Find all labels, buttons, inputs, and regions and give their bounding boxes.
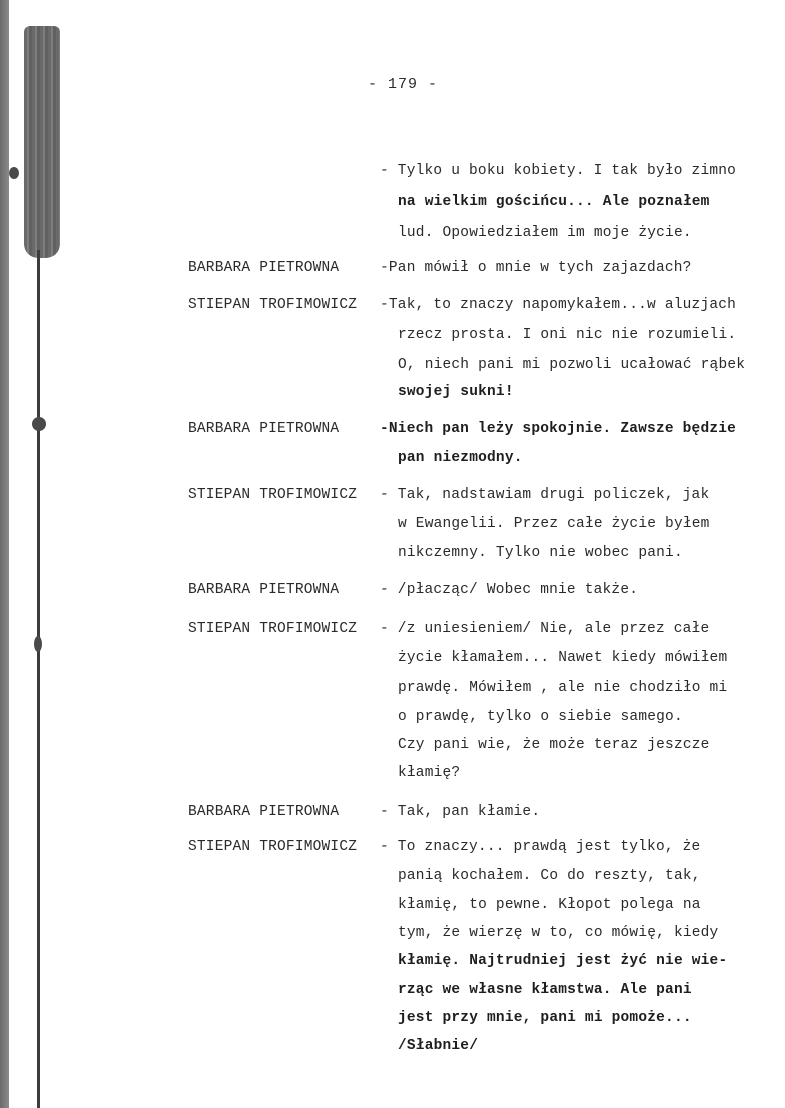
binding-smear [24, 26, 60, 258]
dialogue-continuation: kłamię? [398, 765, 460, 781]
binding-hole [34, 636, 42, 652]
dialogue-line: - Tak, nadstawiam drugi policzek, jak [380, 487, 709, 503]
speaker-name: STIEPAN TROFIMOWICZ [188, 839, 357, 855]
dialogue-line: - Tak, pan kłamie. [380, 804, 540, 820]
speaker-name: STIEPAN TROFIMOWICZ [188, 297, 357, 313]
binding-line [37, 250, 40, 1108]
dialogue-continuation: na wielkim gościńcu... Ale poznałem [398, 194, 710, 210]
dialogue-continuation: pan niezmodny. [398, 450, 523, 466]
dialogue-line: - /z uniesieniem/ Nie, ale przez całe [380, 621, 709, 637]
speaker-name: STIEPAN TROFIMOWICZ [188, 487, 357, 503]
dialogue-line: - Tylko u boku kobiety. I tak było zimno [380, 163, 736, 179]
binding-hole [32, 417, 46, 431]
dialogue-continuation: Czy pani wie, że może teraz jeszcze [398, 737, 710, 753]
speaker-name: STIEPAN TROFIMOWICZ [188, 621, 357, 637]
dialogue-continuation: swojej sukni! [398, 384, 514, 400]
dialogue-line: -Niech pan leży spokojnie. Zawsze będzie [380, 421, 736, 437]
dialogue-continuation: O, niech pani mi pozwoli ucałować rąbek [398, 357, 745, 373]
dialogue-continuation: rzecz prosta. I oni nic nie rozumieli. [398, 327, 736, 343]
dialogue-continuation: o prawdę, tylko o siebie samego. [398, 709, 683, 725]
speaker-name: BARBARA PIETROWNA [188, 260, 339, 276]
dialogue-line: -Pan mówił o mnie w tych zajazdach? [380, 260, 692, 276]
dialogue-continuation: lud. Opowiedziałem im moje życie. [398, 225, 692, 241]
dialogue-continuation: panią kochałem. Co do reszty, tak, [398, 868, 701, 884]
dialogue-continuation: kłamię. Najtrudniej jest żyć nie wie- [398, 953, 727, 969]
dialogue-continuation: jest przy mnie, pani mi pomoże... [398, 1010, 692, 1026]
dialogue-continuation: kłamię, to pewne. Kłopot polega na [398, 897, 701, 913]
binding-hole [9, 167, 19, 179]
scan-edge-strip [0, 0, 9, 1108]
page-number: - 179 - [368, 76, 438, 93]
dialogue-continuation: tym, że wierzę w to, co mówię, kiedy [398, 925, 718, 941]
dialogue-line: - To znaczy... prawdą jest tylko, że [380, 839, 700, 855]
dialogue-continuation: w Ewangelii. Przez całe życie byłem [398, 516, 710, 532]
dialogue-line: - /płacząc/ Wobec mnie także. [380, 582, 638, 598]
speaker-name: BARBARA PIETROWNA [188, 421, 339, 437]
dialogue-continuation: życie kłamałem... Nawet kiedy mówiłem [398, 650, 727, 666]
speaker-name: BARBARA PIETROWNA [188, 804, 339, 820]
dialogue-continuation: prawdę. Mówiłem , ale nie chodziło mi [398, 680, 727, 696]
dialogue-continuation: rząc we własne kłamstwa. Ale pani [398, 982, 692, 998]
dialogue-line: -Tak, to znaczy napomykałem...w aluzjach [380, 297, 736, 313]
dialogue-continuation: nikczemny. Tylko nie wobec pani. [398, 545, 683, 561]
stage-direction: /Słabnie/ [398, 1038, 478, 1054]
speaker-name: BARBARA PIETROWNA [188, 582, 339, 598]
